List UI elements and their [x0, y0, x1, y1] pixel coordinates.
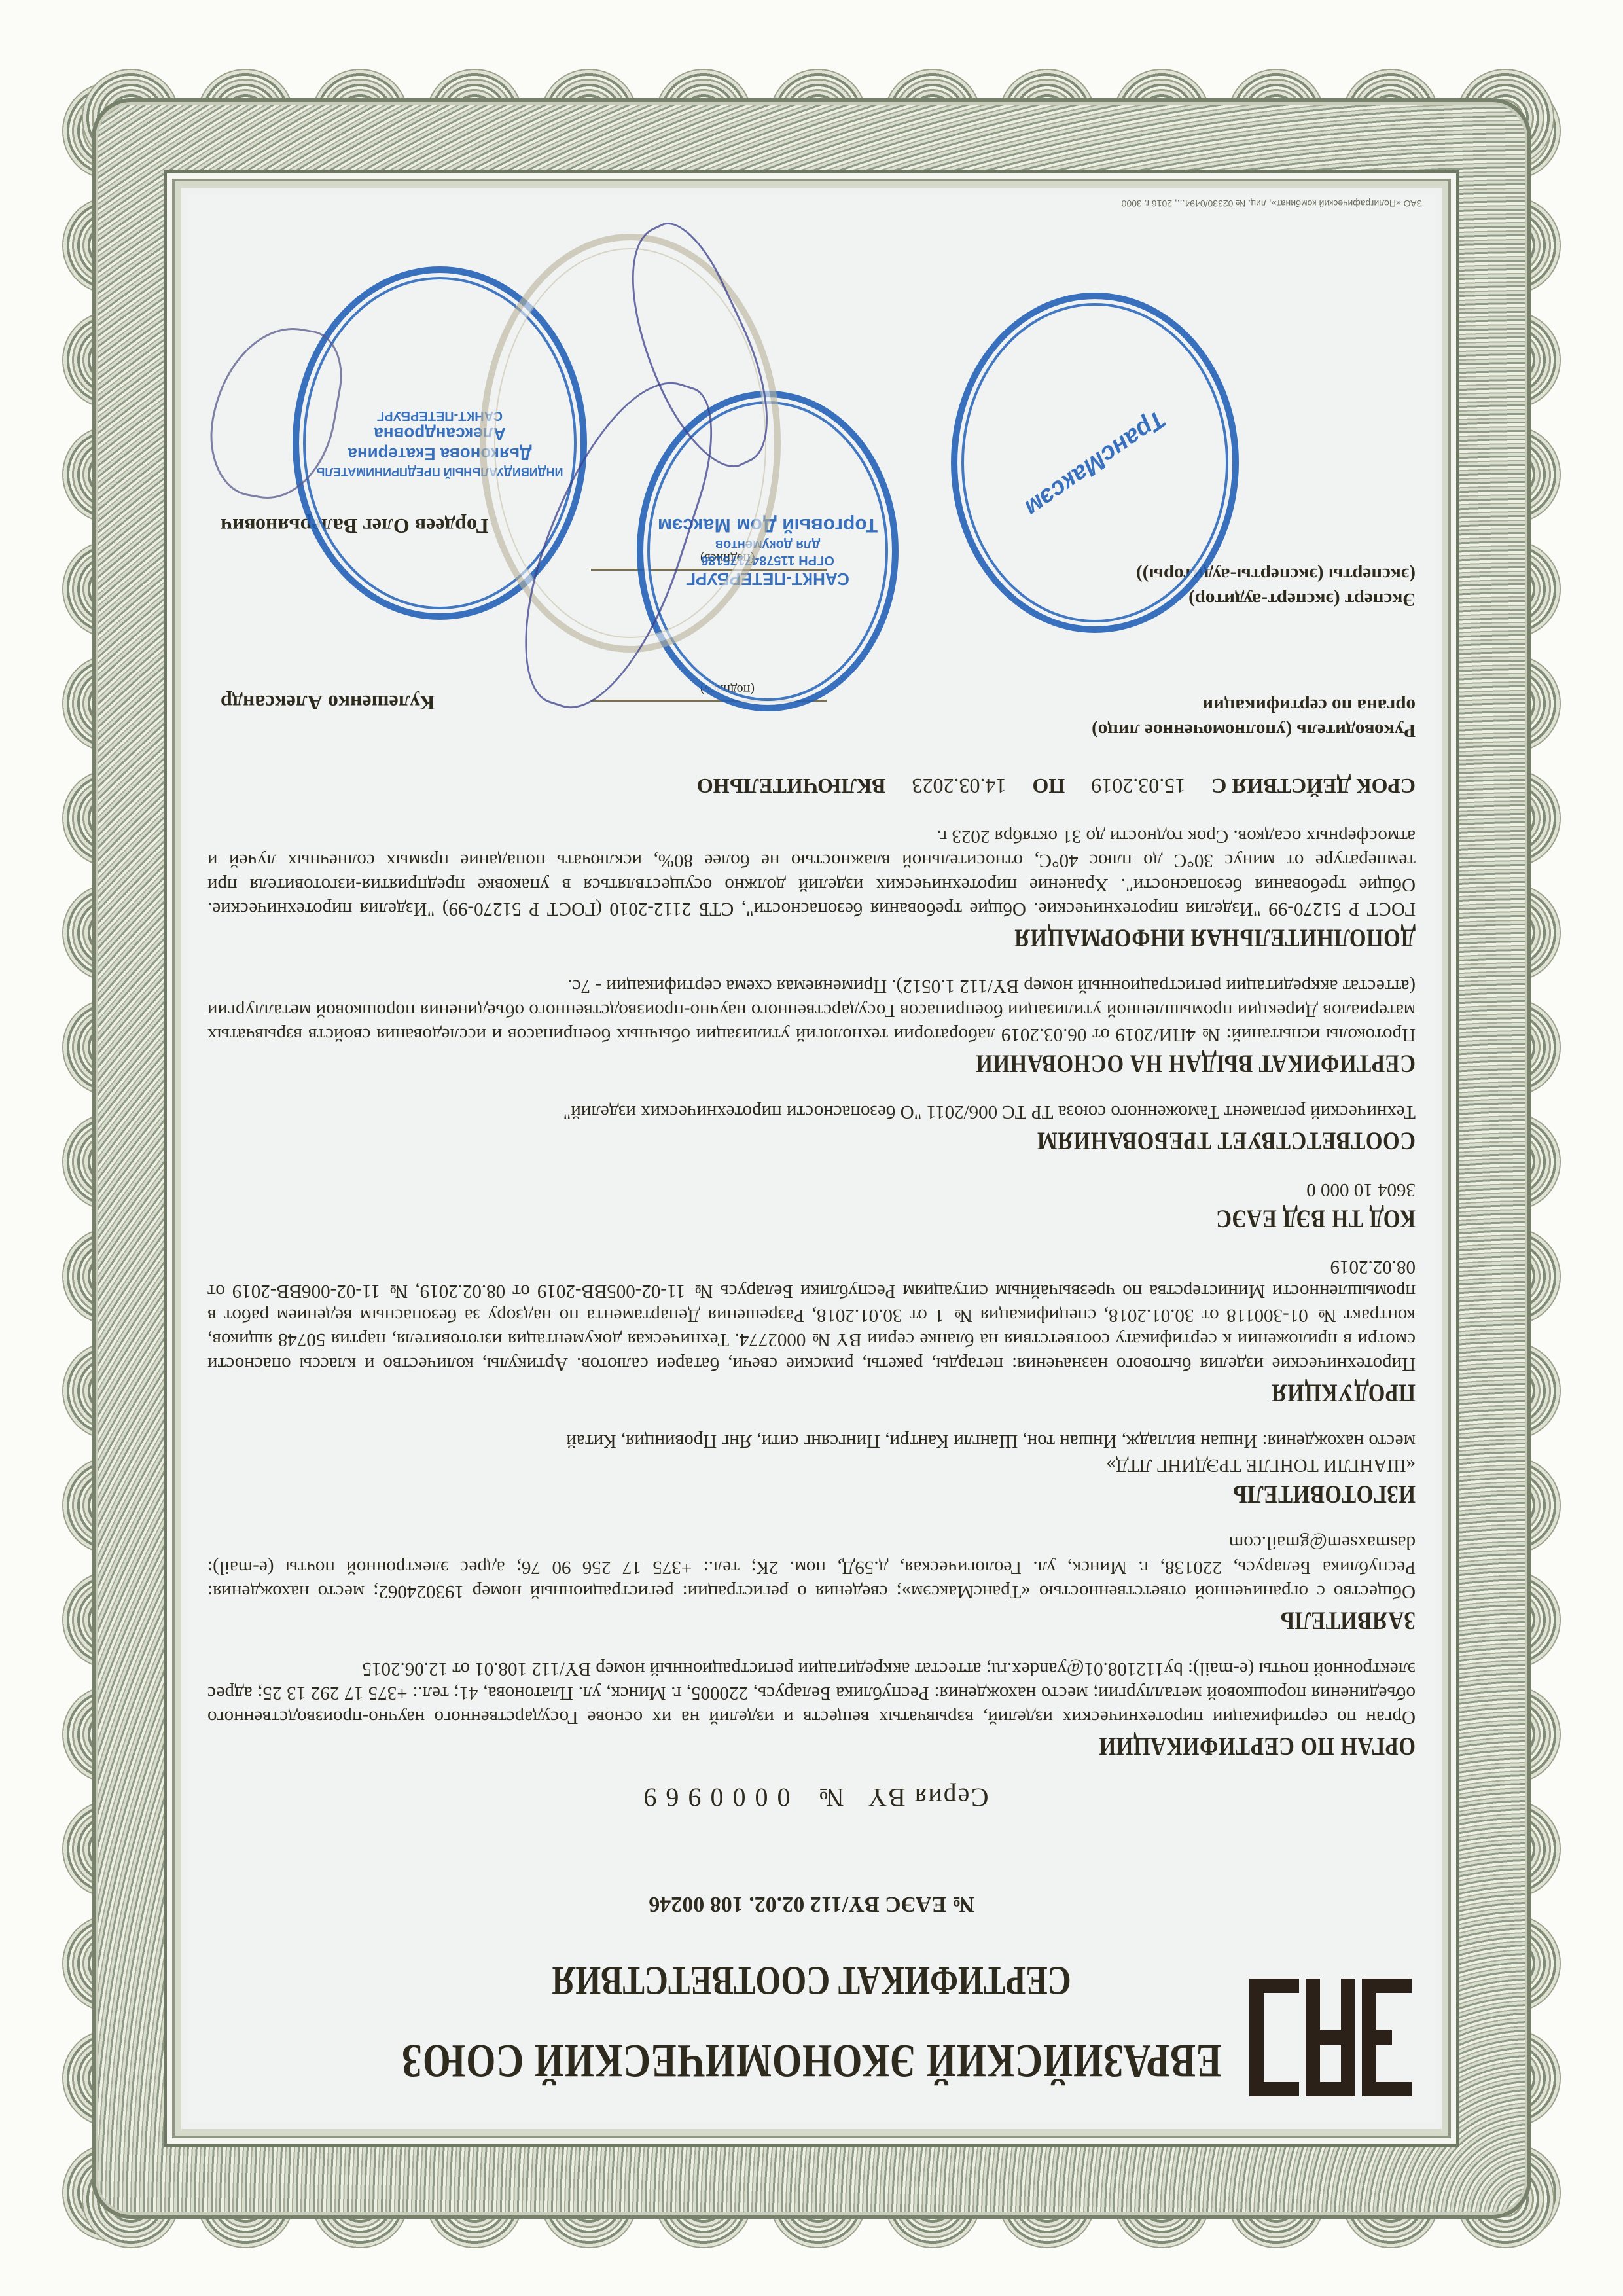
certificate-sheet: ЕВРАЗИЙСКИЙ ЭКОНОМИЧЕСКИЙ СОЮЗ СЕРТИФИКА… [92, 98, 1531, 2219]
head-name: Кулешенко Александр [221, 691, 435, 715]
manufacturer-text: место нахождения: Иншан вилладж, Иншан т… [207, 1429, 1416, 1453]
validity-to-label: ПО [1033, 774, 1065, 798]
section-additional: ДОПОЛНИТЕЛЬНАЯ ИНФОРМАЦИЯ ГОСТ Р 51270-9… [207, 824, 1416, 952]
section-product: ПРОДУКЦИЯ Пиротехнические изделия бытово… [207, 1255, 1416, 1407]
manufacturer-name: «ШАНГЛИ ТОНГЛЕ ТРЭДИНГ ЛТД» [207, 1453, 1416, 1477]
head-label-1: Руководитель (уполномоченное лицо) [1010, 719, 1416, 741]
section-cert-body: ОРГАН ПО СЕРТИФИКАЦИИ Орган по сертифика… [207, 1657, 1416, 1760]
series-label: Серия BY [868, 1783, 989, 1812]
manufacturer-heading: ИЗГОТОВИТЕЛЬ [207, 1479, 1416, 1508]
product-heading: ПРОДУКЦИЯ [207, 1378, 1416, 1407]
basis-heading: СЕРТИФИКАТ ВЫДАН НА ОСНОВАНИИ [207, 1049, 1416, 1077]
validity-line: СРОК ДЕЙСТВИЯ С 15.03.2019 ПО 14.03.2023… [207, 774, 1416, 798]
section-tnved: КОД ТН ВЭД ЕАЭС 3604 10 000 0 [207, 1177, 1416, 1232]
certificate-title: СЕРТИФИКАТ СООТВЕТСТВИЯ [207, 1958, 1416, 2005]
union-heading: ЕВРАЗИЙСКИЙ ЭКОНОМИЧЕСКИЙ СОЮЗ [207, 2034, 1416, 2089]
tnved-code: 3604 10 000 0 [207, 1177, 1416, 1201]
series-no-label: № [818, 1783, 844, 1812]
applicant-heading: ЗАЯВИТЕЛЬ [207, 1605, 1416, 1634]
additional-heading: ДОПОЛНИТЕЛЬНАЯ ИНФОРМАЦИЯ [207, 923, 1416, 952]
validity-to: 14.03.2023 [912, 774, 1007, 798]
additional-text: ГОСТ Р 51270-99 "Изделия пиротехнические… [207, 824, 1416, 921]
validity-inclusive: ВКЛЮЧИТЕЛЬНО [697, 774, 886, 798]
basis-text: Протоколы испытаний: № 4ПИ/2019 от 06.03… [207, 974, 1416, 1047]
section-manufacturer: ИЗГОТОВИТЕЛЬ «ШАНГЛИ ТОНГЛЕ ТРЭДИНГ ЛТД»… [207, 1429, 1416, 1508]
series-number: 0000969 [635, 1783, 791, 1812]
series-line: Серия BY № 0000969 [207, 1782, 1416, 1813]
section-applicant: ЗАЯВИТЕЛЬ Общество с ограниченной ответс… [207, 1530, 1416, 1634]
transmaxem-stamp: ТрансМаксэм [951, 293, 1239, 633]
head-label-2: органа по сертификации [1010, 694, 1416, 716]
validity-label: СРОК ДЕЙСТВИЯ С [1211, 774, 1416, 798]
cert-body-text: Орган по сертификации пиротехнических из… [207, 1657, 1416, 1729]
certificate-page: ЕВРАЗИЙСКИЙ ЭКОНОМИЧЕСКИЙ СОЮЗ СЕРТИФИКА… [188, 194, 1435, 2123]
validity-from: 15.03.2019 [1091, 774, 1185, 798]
section-conforms: СООТВЕТСТВУЕТ ТРЕБОВАНИЯМ Технический ре… [207, 1100, 1416, 1155]
printer-note: ЗАО «Полиграфический комбинат», лиц. № 0… [1122, 198, 1422, 209]
conforms-text: Технический регламент Таможенного союза … [207, 1100, 1416, 1124]
tnved-heading: КОД ТН ВЭД ЕАЭС [207, 1203, 1416, 1232]
conforms-heading: СООТВЕТСТВУЕТ ТРЕБОВАНИЯМ [207, 1126, 1416, 1155]
cert-body-heading: ОРГАН ПО СЕРТИФИКАЦИИ [207, 1731, 1416, 1760]
certificate-number: № ЕАЭС BY/112 02.02. 108 00246 [207, 1892, 1416, 1916]
transmaxem-stamp-text: ТрансМаксэм [1019, 403, 1171, 522]
applicant-text: Общество с ограниченной ответственностью… [207, 1530, 1416, 1603]
inner-frame: ЕВРАЗИЙСКИЙ ЭКОНОМИЧЕСКИЙ СОЮЗ СЕРТИФИКА… [164, 170, 1459, 2147]
product-text: Пиротехнические изделия бытового назначе… [207, 1255, 1416, 1376]
section-basis: СЕРТИФИКАТ ВЫДАН НА ОСНОВАНИИ Протоколы … [207, 974, 1416, 1077]
